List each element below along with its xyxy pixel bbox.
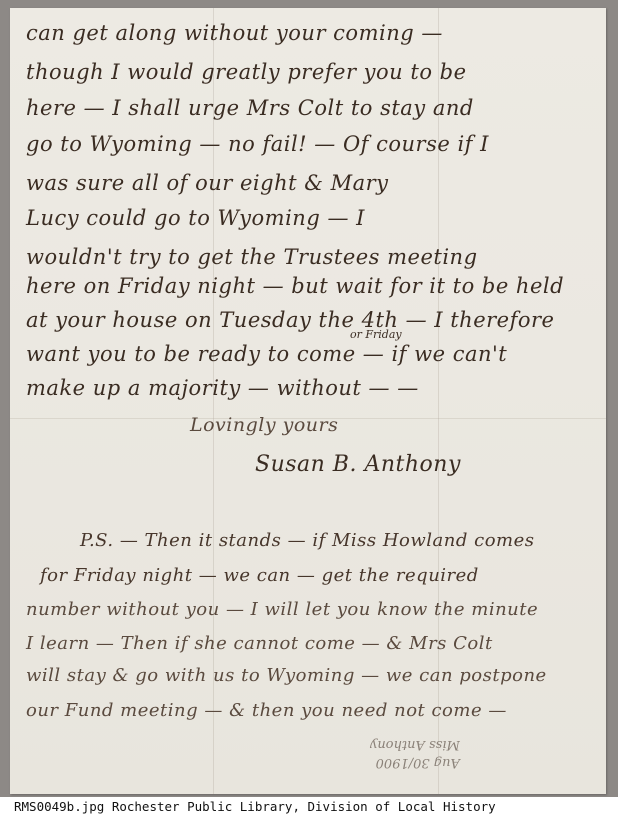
letter-line: here on Friday night — but wait for it t… xyxy=(26,274,564,298)
letter-line: go to Wyoming — no fail! — Of course if … xyxy=(26,132,489,156)
docket-line: Miss Anthony xyxy=(370,735,460,753)
letter-line: make up a majority — without — — xyxy=(26,376,419,400)
letter-line: wouldn't try to get the Trustees meeting xyxy=(26,245,478,269)
postscript-line: our Fund meeting — & then you need not c… xyxy=(26,700,507,721)
letter-page: can get along without your coming — thou… xyxy=(10,8,606,794)
postscript-line: will stay & go with us to Wyoming — we c… xyxy=(26,665,547,686)
letter-line: at your house on Tuesday the 4th — I the… xyxy=(26,308,555,332)
letter-line: can get along without your coming — xyxy=(26,21,443,45)
letter-line: Lucy could go to Wyoming — I xyxy=(26,206,365,230)
letter-line: though I would greatly prefer you to be xyxy=(26,60,467,84)
postscript-line: for Friday night — we can — get the requ… xyxy=(40,565,479,586)
postscript-line: I learn — Then if she cannot come — & Mr… xyxy=(26,633,493,654)
signature: Susan B. Anthony xyxy=(255,452,461,477)
postscript-line: number without you — I will let you know… xyxy=(26,599,538,620)
interlineation: or Friday xyxy=(350,328,402,341)
letter-line: want you to be ready to come — if we can… xyxy=(26,342,507,366)
image-caption: RMS0049b.jpg Rochester Public Library, D… xyxy=(0,797,618,817)
docket-line: Aug 30/1900 xyxy=(370,753,460,771)
docket-note: Aug 30/1900 Miss Anthony xyxy=(370,735,460,771)
postscript-line: P.S. — Then it stands — if Miss Howland … xyxy=(80,530,534,551)
letter-line: was sure all of our eight & Mary xyxy=(26,171,389,195)
letter-line: here — I shall urge Mrs Colt to stay and xyxy=(26,96,474,120)
closing: Lovingly yours xyxy=(190,414,338,436)
